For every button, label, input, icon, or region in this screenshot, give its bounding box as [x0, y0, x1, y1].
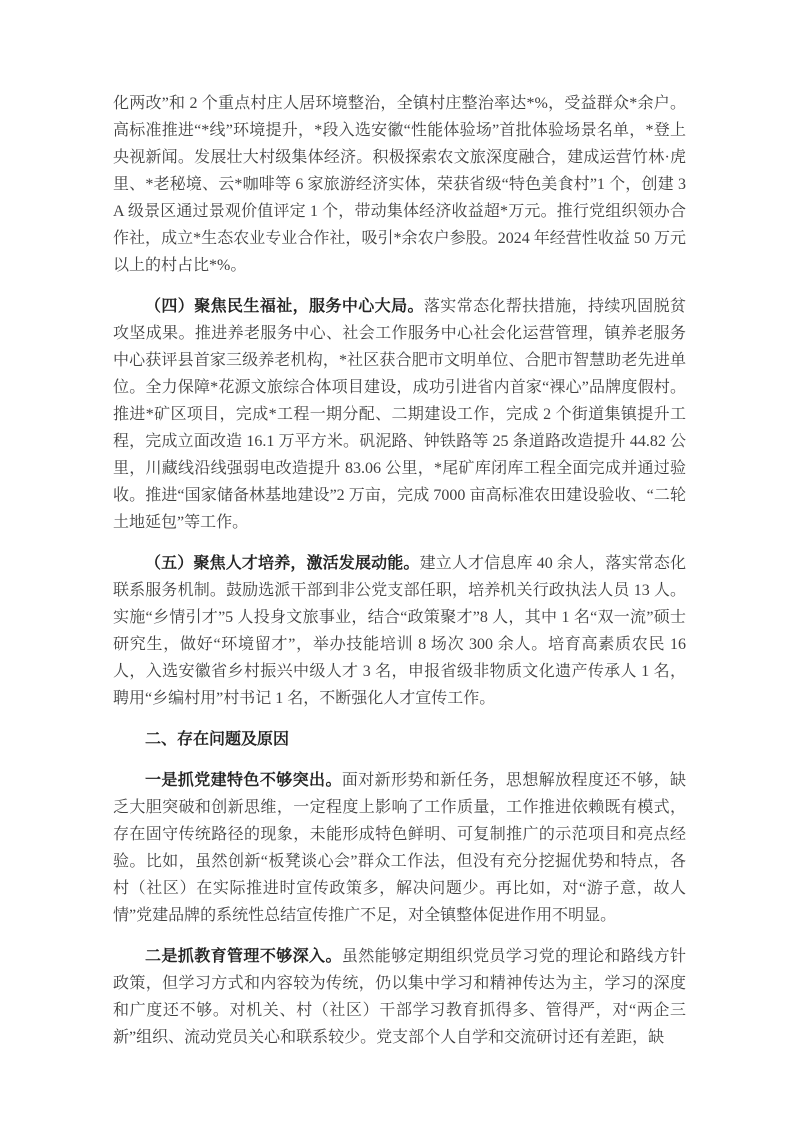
section-heading-problems: 二、存在问题及原因: [113, 726, 686, 753]
section-heading-text: 二、存在问题及原因: [145, 731, 289, 748]
document-page: 化两改”和 2 个重点村庄人居环境整治，全镇村庄整治率达*%，受益群众*余户。高…: [0, 0, 793, 1122]
paragraph-issue-2: 二是抓教育管理不够深入。虽然能够定期组织党员学习党的理论和路线方针政策，但学习方…: [113, 943, 686, 1051]
paragraph-continuation: 化两改”和 2 个重点村庄人居环境整治，全镇村庄整治率达*%，受益群众*余户。高…: [113, 90, 686, 279]
paragraph-text: 建立人才信息库 40 余人，落实常态化联系服务机制。鼓励选派干部到非公党支部任职…: [113, 555, 686, 707]
paragraph-lead: （四）聚焦民生福祉，服务中心大局。: [145, 298, 424, 315]
paragraph-section-4: （四）聚焦民生福祉，服务中心大局。落实常态化帮扶措施，持续巩固脱贫攻坚成果。推进…: [113, 293, 686, 536]
paragraph-lead: 二是抓教育管理不够深入。: [145, 948, 342, 965]
paragraph-text: 化两改”和 2 个重点村庄人居环境整治，全镇村庄整治率达*%，受益群众*余户。高…: [113, 95, 686, 274]
paragraph-section-5: （五）聚焦人才培养，激活发展动能。建立人才信息库 40 余人，落实常态化联系服务…: [113, 550, 686, 712]
paragraph-text: 落实常态化帮扶措施，持续巩固脱贫攻坚成果。推进养老服务中心、社会工作服务中心社会…: [113, 298, 686, 531]
paragraph-issue-1: 一是抓党建特色不够突出。面对新形势和新任务，思想解放程度还不够，缺乏大胆突破和创…: [113, 767, 686, 929]
paragraph-lead: （五）聚焦人才培养，激活发展动能。: [145, 555, 420, 572]
paragraph-lead: 一是抓党建特色不够突出。: [145, 772, 342, 789]
paragraph-text: 面对新形势和新任务，思想解放程度还不够，缺乏大胆突破和创新思维，一定程度上影响了…: [113, 772, 686, 924]
